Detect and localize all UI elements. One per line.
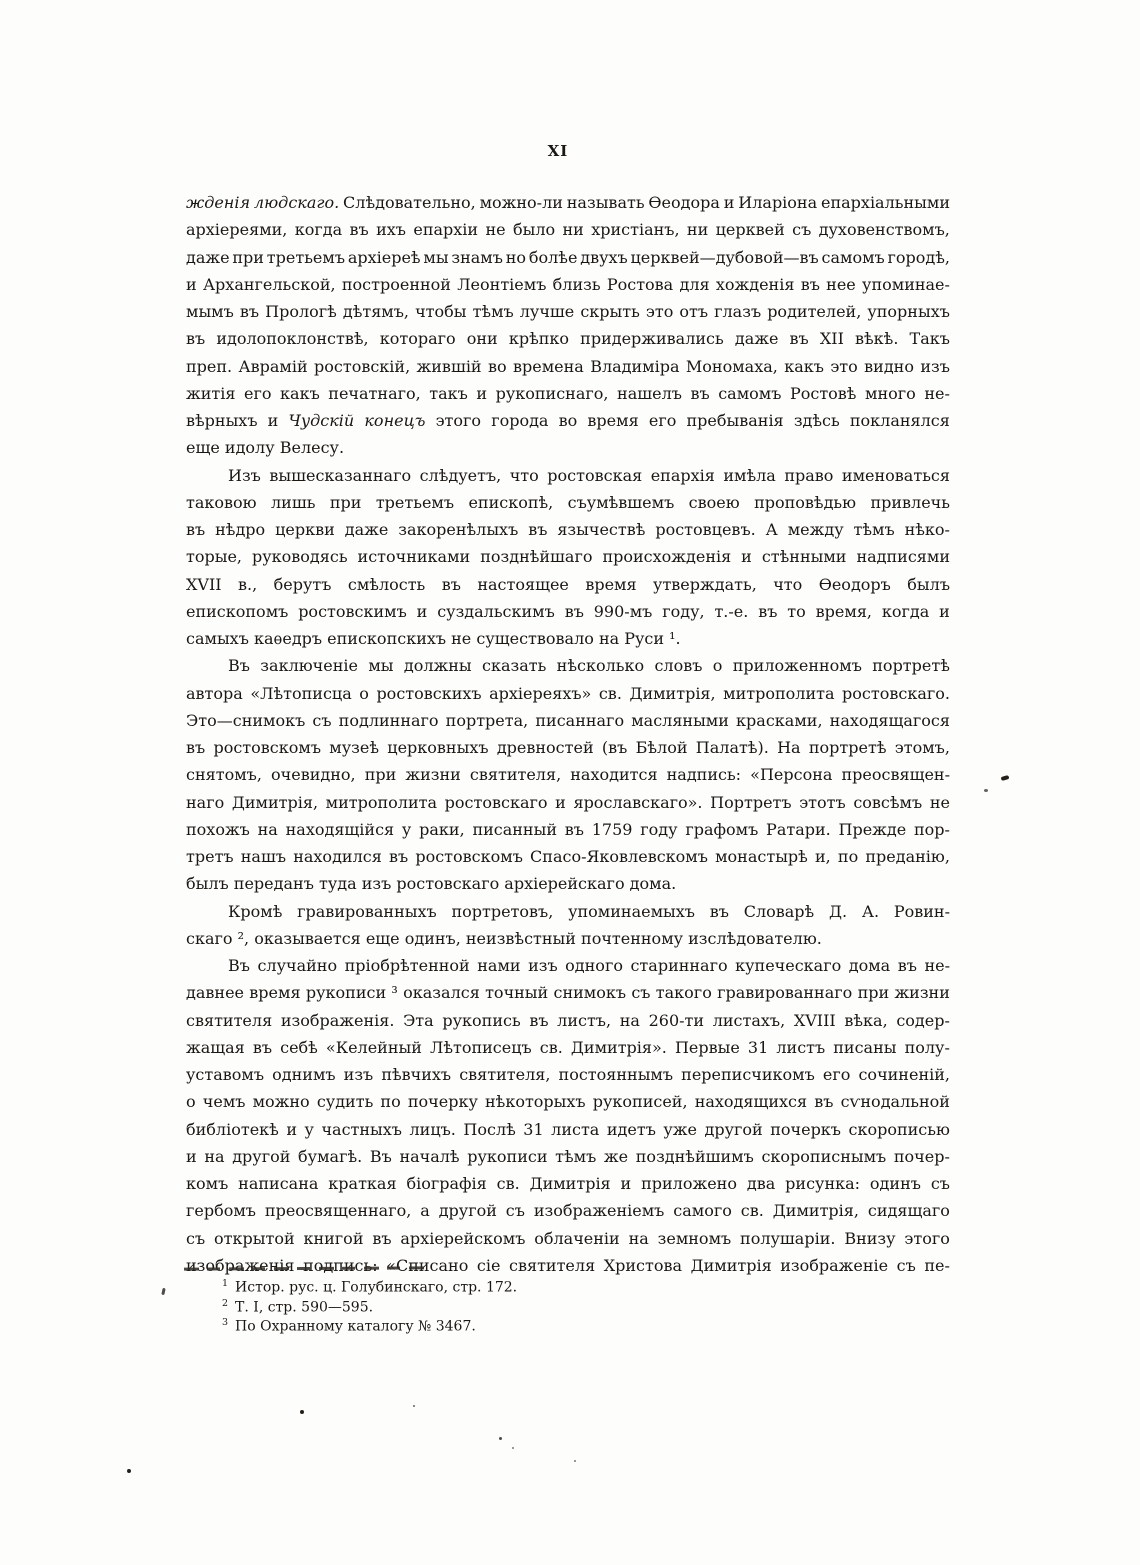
text-line: снятомъ,очевидно,прижизнисвятителя,наход…	[186, 761, 950, 788]
text-line: преп.Аврамійростовскій,жившійвовременаВл…	[186, 353, 950, 380]
text-line: таковоюлишьпритретьемъепископѣ,съумѣвшем…	[186, 489, 950, 516]
text-line: очемъможносудитьпопочеркунѣкоторыхърукоп…	[186, 1088, 950, 1115]
ink-speck	[574, 1460, 576, 1462]
ink-speck	[1001, 775, 1010, 781]
footnote: 3По Охранному каталогу № 3467.	[222, 1313, 922, 1333]
text-line: вънѣдроцерквидажезакоренѣлыхъвъязычествѣ…	[186, 516, 950, 543]
text-line: скаго ², оказывается еще одинъ, неизвѣст…	[186, 925, 950, 952]
text-line: инадругойбумагѣ.Въначалѣрукописитѣмъжепо…	[186, 1143, 950, 1170]
text-line: епископомъростовскимъисуздальскимъвъ990-…	[186, 598, 950, 625]
text-line: комънаписанакраткаябіографіясв.Димитріяи…	[186, 1170, 950, 1197]
text-line: нагоДимитрія,митрополитаростовскагоиярос…	[186, 789, 950, 816]
text-line: въростовскомъмузеѣцерковныхъдревностей(в…	[186, 734, 950, 761]
ink-speck	[413, 1405, 415, 1407]
ink-speck	[300, 1410, 304, 1414]
text-line: съоткрытойкнигойвъархіерейскомъоблаченіи…	[186, 1225, 950, 1252]
text-line: гербомъпреосвященнаго,адругойсъизображен…	[186, 1197, 950, 1224]
text-line: вѣрныхъиЧудскійконецъэтогогородавовремяе…	[186, 407, 950, 434]
footnotes: 1Истор. рус. ц. Голубинскаго, стр. 172.2…	[222, 1274, 922, 1333]
ink-speck	[499, 1437, 502, 1440]
ink-speck	[512, 1447, 514, 1449]
text-line: автора«Лѣтописцаоростовскихъархіереяхъ»с…	[186, 680, 950, 707]
text-line: самыхъ каѳедръ епископскихъ не существов…	[186, 625, 950, 652]
ink-speck	[984, 789, 988, 792]
ink-speck	[161, 1288, 165, 1295]
text-line: XVIIв.,берутъсмѣлостьвънастоящеевремяутв…	[186, 571, 950, 598]
footnote: 2Т. I, стр. 590—595.	[222, 1294, 922, 1314]
text-line: библіотекѣиучастныхълицъ.Послѣ31листаиде…	[186, 1116, 950, 1143]
text-line: давнеевремярукописи³оказалсяточныйснимок…	[186, 979, 950, 1006]
ink-speck	[127, 1469, 131, 1473]
text-line: житіяегокакъпечатнаго,такъирукописнаго,н…	[186, 380, 950, 407]
text-line: дажепритретьемъархіереѣмызнамъноболѣедву…	[186, 244, 950, 271]
text-line: Възаключеніемыдолжнысказатьнѣсколькослов…	[186, 652, 950, 679]
text-line: Это—снимокъсъподлиннагопортрета,писаннаг…	[186, 707, 950, 734]
text-line: еще идолу Велесу.	[186, 434, 950, 461]
text-line: похожънанаходящійсяураки,писанныйвъ1759г…	[186, 816, 950, 843]
text-line: Кромѣгравированныхъпортретовъ,упоминаемы…	[186, 898, 950, 925]
text-line: жденіялюдскаго.Слѣдовательно,можно-линаз…	[186, 189, 950, 216]
text-block: жденіялюдскаго.Слѣдовательно,можно-линаз…	[186, 189, 950, 1279]
text-line: уставомъоднимъизъпѣвчихъсвятителя,постоя…	[186, 1061, 950, 1088]
text-line: архіереями,когдавъихъепархіинебылонихрис…	[186, 216, 950, 243]
text-line: святителяизображенія.Этарукописьвълистъ,…	[186, 1007, 950, 1034]
text-line: въидолопоклонствѣ,которагооникрѣпкоприде…	[186, 325, 950, 352]
text-line: торые,руководясьисточникамипозднѣйшагопр…	[186, 543, 950, 570]
text-line: иАрхангельской,построеннойЛеонтіемъблизь…	[186, 271, 950, 298]
text-line: Въслучайнопріобрѣтеннойнамиизъодногостар…	[186, 952, 950, 979]
text-line: мымъвъПрологѣдѣтямъ,чтобытѣмълучшескрыть…	[186, 298, 950, 325]
text-line: третънашънаходилсявъростовскомъСпасо-Яко…	[186, 843, 950, 870]
page-number: XI	[176, 142, 940, 160]
footnote: 1Истор. рус. ц. Голубинскаго, стр. 172.	[222, 1274, 922, 1294]
scanned-page: XI жденіялюдскаго.Слѣдовательно,можно-ли…	[0, 0, 1140, 1565]
text-line: былъ переданъ туда изъ ростовскаго архіе…	[186, 870, 950, 897]
text-line: Изъвышесказаннагослѣдуетъ,чторостовскаяе…	[186, 462, 950, 489]
text-line: жащаявъсебѣ«КелейныйЛѣтописецъсв.Димитрі…	[186, 1034, 950, 1061]
